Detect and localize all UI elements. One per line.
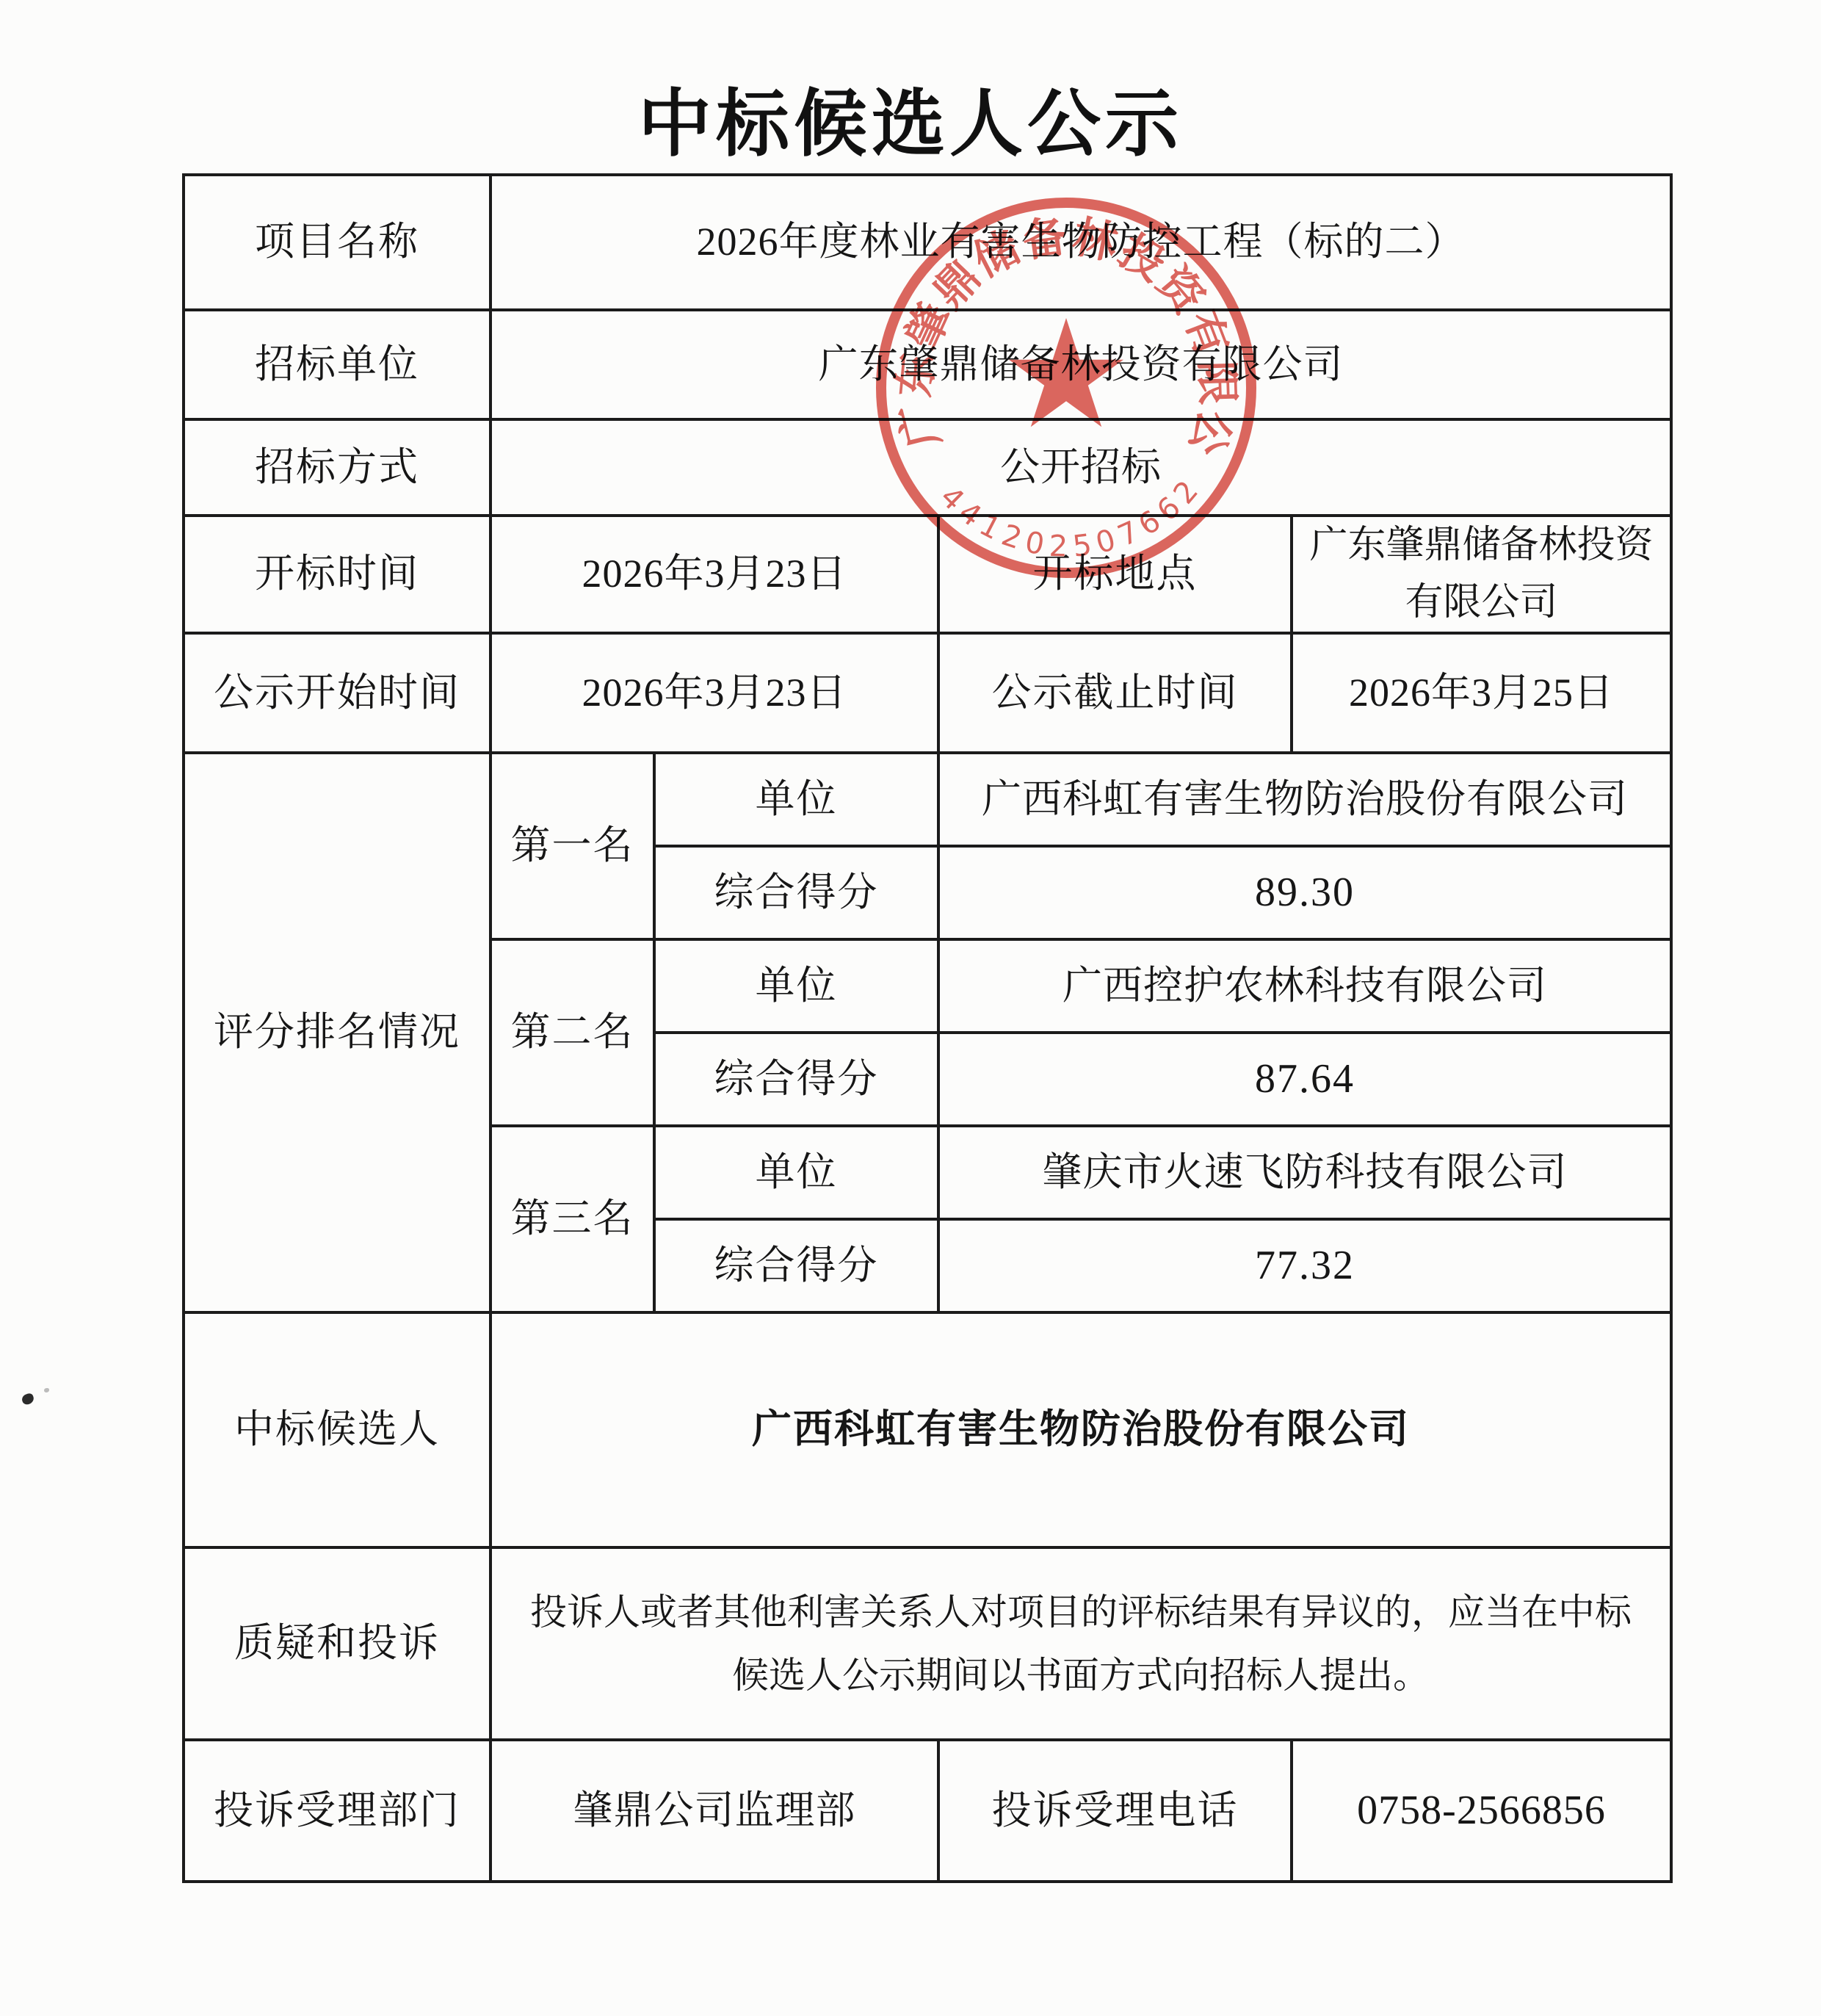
rank-1-label: 第一名	[490, 753, 654, 939]
scanned-document: { "page": { "title": "中标候选人公示" }, "table…	[0, 0, 1821, 2016]
scan-speck	[44, 1388, 49, 1392]
table-row: 开标时间 2026年3月23日 开标地点 广东肇鼎储备林投资有限公司	[184, 516, 1671, 633]
rank-2-score-label: 综合得分	[654, 1033, 938, 1126]
scan-speck	[21, 1392, 35, 1406]
table-row: 公示开始时间 2026年3月23日 公示截止时间 2026年3月25日	[184, 633, 1671, 753]
tenderer-value: 广东肇鼎储备林投资有限公司	[490, 310, 1671, 419]
table-row: 投诉受理部门 肇鼎公司监理部 投诉受理电话 0758-2566856	[184, 1740, 1671, 1882]
publicity-start-value: 2026年3月23日	[490, 633, 938, 753]
winner-label: 中标候选人	[184, 1312, 490, 1547]
tender-method-label: 招标方式	[184, 419, 490, 516]
rank-3-label: 第三名	[490, 1126, 654, 1312]
project-name-label: 项目名称	[184, 175, 490, 310]
rank-3-score-value: 77.32	[938, 1219, 1671, 1312]
rank-1-score-value: 89.30	[938, 846, 1671, 939]
complaint-dept-value: 肇鼎公司监理部	[490, 1740, 938, 1882]
publicity-end-label: 公示截止时间	[938, 633, 1292, 753]
rank-2-label: 第二名	[490, 939, 654, 1126]
table-row: 质疑和投诉 投诉人或者其他利害关系人对项目的评标结果有异议的，应当在中标候选人公…	[184, 1547, 1671, 1740]
objection-label: 质疑和投诉	[184, 1547, 490, 1740]
opening-time-label: 开标时间	[184, 516, 490, 633]
rank-3-unit-value: 肇庆市火速飞防科技有限公司	[938, 1126, 1671, 1219]
table-row: 招标方式 公开招标	[184, 419, 1671, 516]
rank-2-score-value: 87.64	[938, 1033, 1671, 1126]
tenderer-label: 招标单位	[184, 310, 490, 419]
opening-place-value: 广东肇鼎储备林投资有限公司	[1292, 516, 1671, 633]
rank-3-score-label: 综合得分	[654, 1219, 938, 1312]
rank-2-unit-label: 单位	[654, 939, 938, 1033]
table-row: 招标单位 广东肇鼎储备林投资有限公司	[184, 310, 1671, 419]
table-row: 评分排名情况 第一名 单位 广西科虹有害生物防治股份有限公司	[184, 753, 1671, 846]
opening-place-label: 开标地点	[938, 516, 1292, 633]
complaint-dept-label: 投诉受理部门	[184, 1740, 490, 1882]
complaint-phone-label: 投诉受理电话	[938, 1740, 1292, 1882]
project-name-value: 2026年度林业有害生物防控工程（标的二）	[490, 175, 1671, 310]
table-row: 中标候选人 广西科虹有害生物防治股份有限公司	[184, 1312, 1671, 1547]
rank-1-unit-value: 广西科虹有害生物防治股份有限公司	[938, 753, 1671, 846]
announcement-table: 项目名称 2026年度林业有害生物防控工程（标的二） 招标单位 广东肇鼎储备林投…	[182, 173, 1673, 1883]
rank-3-unit-label: 单位	[654, 1126, 938, 1219]
tender-method-value: 公开招标	[490, 419, 1671, 516]
publicity-start-label: 公示开始时间	[184, 633, 490, 753]
opening-time-value: 2026年3月23日	[490, 516, 938, 633]
winner-value: 广西科虹有害生物防治股份有限公司	[490, 1312, 1671, 1547]
ranking-section-label: 评分排名情况	[184, 753, 490, 1312]
complaint-phone-value: 0758-2566856	[1292, 1740, 1671, 1882]
table-row: 项目名称 2026年度林业有害生物防控工程（标的二）	[184, 175, 1671, 310]
rank-1-unit-label: 单位	[654, 753, 938, 846]
rank-1-score-label: 综合得分	[654, 846, 938, 939]
publicity-end-value: 2026年3月25日	[1292, 633, 1671, 753]
objection-text: 投诉人或者其他利害关系人对项目的评标结果有异议的，应当在中标候选人公示期间以书面…	[490, 1547, 1671, 1740]
rank-2-unit-value: 广西控护农林科技有限公司	[938, 939, 1671, 1033]
page-title: 中标候选人公示	[0, 0, 1821, 170]
